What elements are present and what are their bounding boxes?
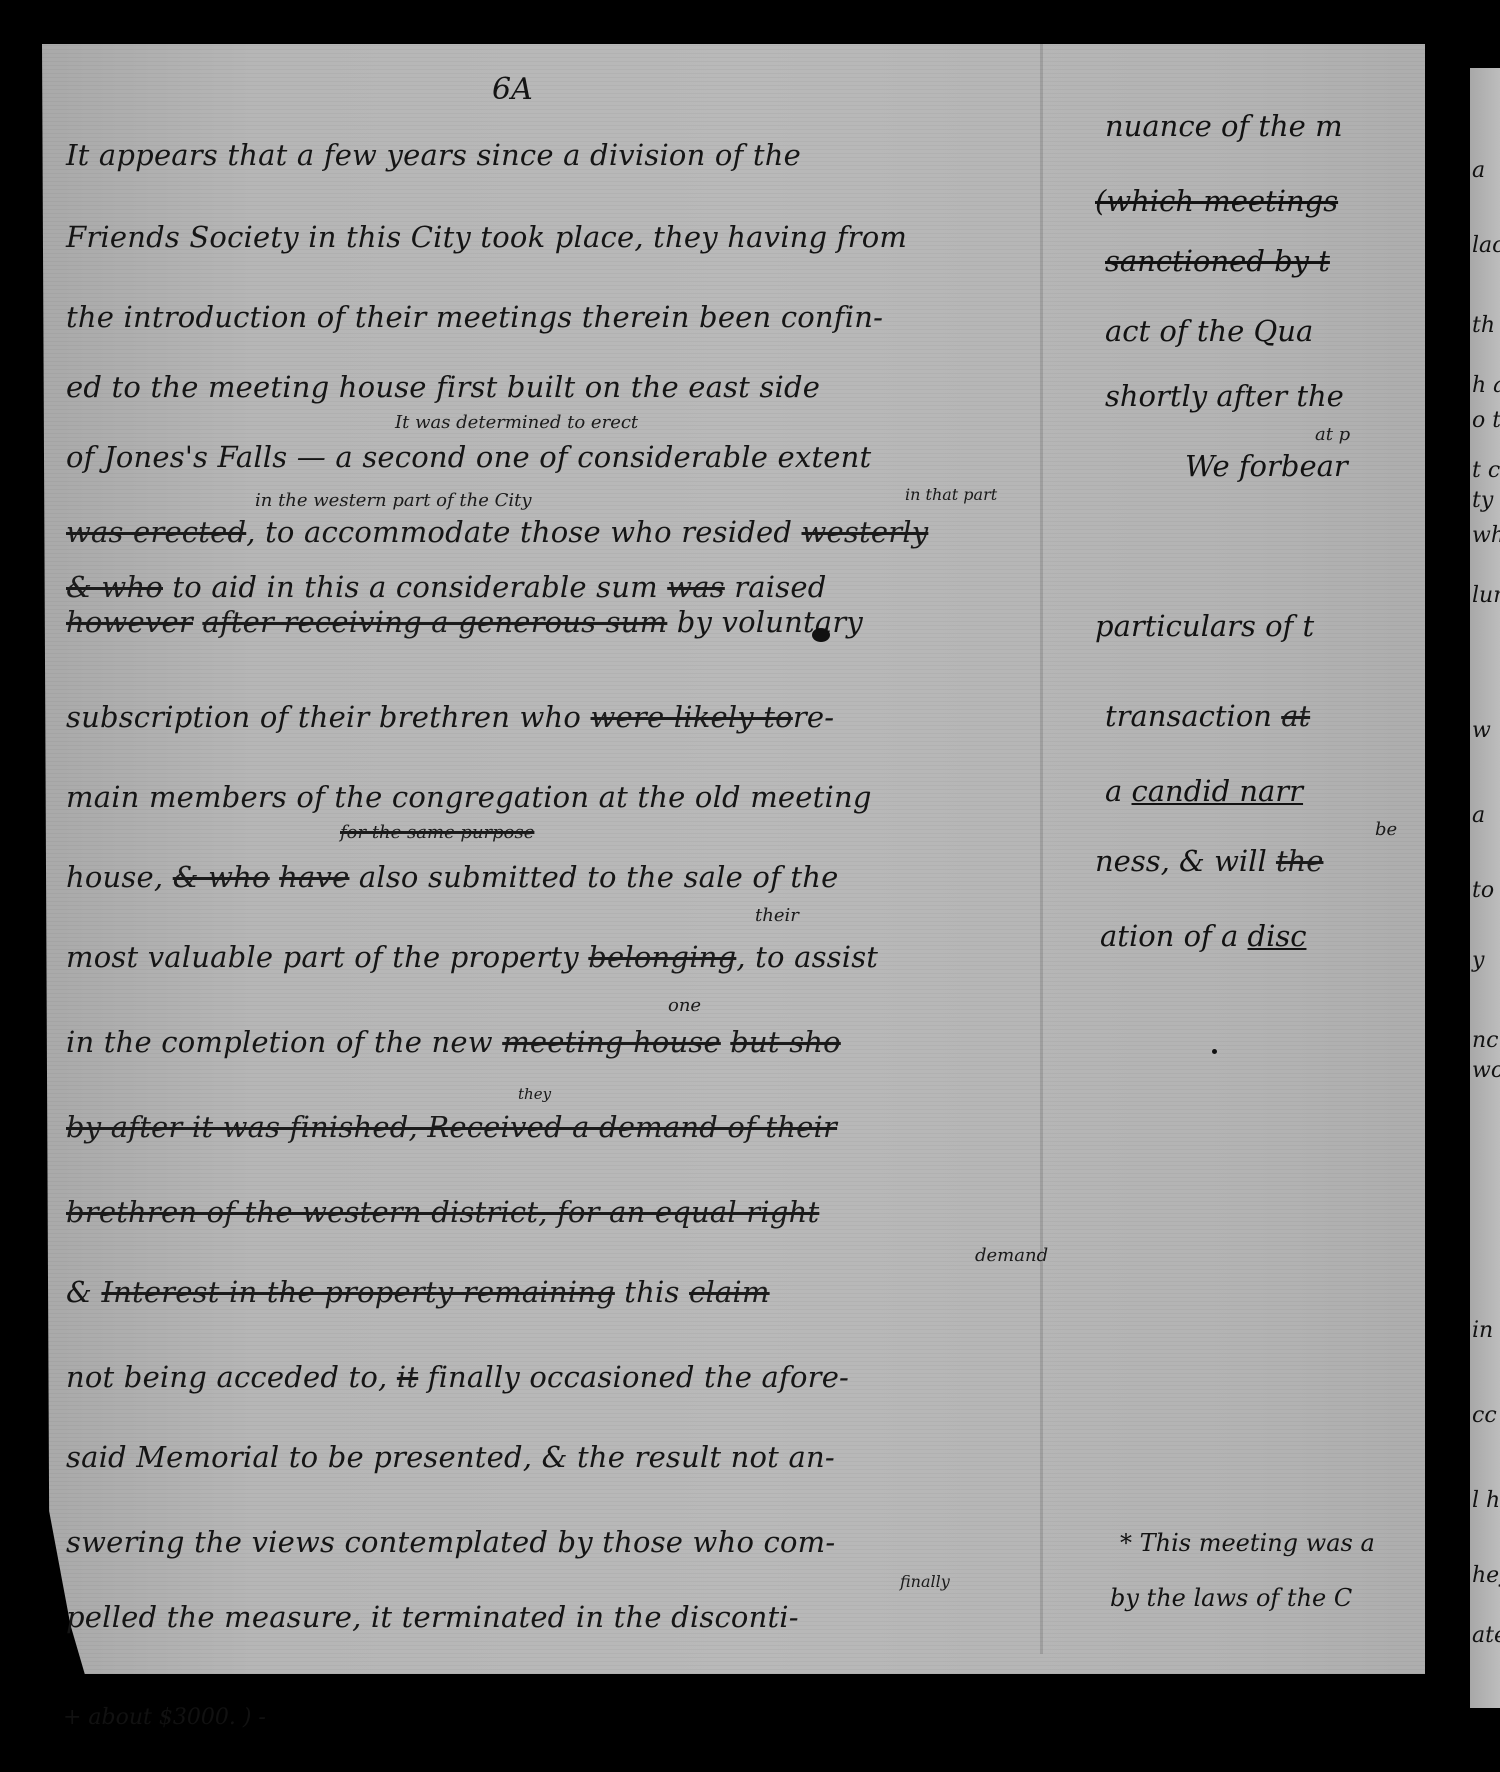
text-fragment: a [1472,158,1485,183]
page-fold-crease [1040,44,1043,1654]
text-fragment: ty [1472,488,1493,513]
text-fragment: l h [1472,1488,1500,1513]
interlinear-insertion: at p [1315,424,1350,445]
text-fragment: wh [1472,523,1500,548]
text-line: pelled the measure, it terminated in the… [66,1600,799,1634]
text-line: said Memorial to be presented, & the res… [66,1440,835,1474]
text-line: & who to aid in this a considerable sum … [66,570,826,604]
text-line: the introduction of their meetings there… [66,300,883,334]
interlinear-insertion: their [755,905,799,926]
text-line: most valuable part of the property belon… [66,940,878,974]
struck-text: have [279,860,349,894]
text-line: however after receiving a generous sum b… [66,605,863,639]
adjacent-page-fragments: a lac th h a o t t co ty wh lun w a to y… [1470,68,1500,1708]
text-line: house, & who have also submitted to the … [66,860,839,894]
footnote: + about $3000. ) - [63,1705,266,1730]
struck-text: but sho [730,1025,841,1059]
footnote-line: * This meeting was a [1120,1529,1375,1557]
text-fragment: h a [1472,373,1500,398]
text-fragment: hey [1472,1563,1500,1588]
text-line: act of the Qua [1105,314,1313,348]
text-fragment: to [1472,878,1494,903]
underlined-text: candid narr [1132,774,1304,808]
struck-text: it [397,1360,418,1394]
text-line: a candid narr [1105,774,1303,808]
text-line: We forbear [1185,449,1348,483]
text-line: It appears that a few years since a divi… [66,138,801,172]
text-line: not being acceded to, it finally occasio… [66,1360,849,1394]
text-line: swering the views contemplated by those … [66,1525,835,1559]
interlinear-insertion: one [668,995,701,1016]
interlinear-insertion: It was determined to erect [395,412,638,433]
text-line: main members of the congregation at the … [66,780,872,814]
text-fragment: t co [1472,458,1500,483]
struck-text: & who [66,570,163,604]
struck-text: Interest in the property remaining [101,1275,614,1309]
right-column: nuance of the m (which meetings sanction… [1090,44,1425,1664]
text-line: ness, & will the [1095,844,1323,878]
struck-text: were likely to [591,700,793,734]
text-fragment: lac [1472,233,1500,258]
text-line: transaction at [1105,699,1310,733]
text-fragment: a [1472,803,1485,828]
interlinear-insertion: demand [975,1245,1048,1266]
text-line: was erected, to accommodate those who re… [66,515,928,549]
footnote-line: by the laws of the C [1110,1584,1352,1612]
interlinear-insertion: in that part [905,485,997,504]
interlinear-struck: for the same purpose [340,822,534,843]
text-fragment: th [1472,313,1495,338]
text-line: of Jones's Falls — a second one of consi… [66,440,871,474]
struck-text: was erected [66,515,246,549]
text-line: nuance of the m [1105,109,1343,143]
text-fragment: y [1472,948,1484,973]
struck-text: however [66,605,193,639]
binding-gutter [1425,0,1470,1772]
struck-text: brethren of the western district, for an… [66,1195,819,1229]
text-line: ation of a disc [1100,919,1306,953]
struck-text: (which meetings [1095,184,1338,218]
interlinear-insertion: they [518,1085,551,1103]
text-line: subscription of their brethren who were … [66,700,834,734]
text-fragment: cc [1472,1403,1497,1428]
struck-text: sanctioned by t [1105,244,1330,278]
interlinear-insertion: in the western part of the City [255,490,532,511]
struck-text: was [667,570,725,604]
struck-text: belonging [588,940,736,974]
struck-text: & who [173,860,270,894]
struck-text: the [1276,844,1324,878]
text-fragment: nc [1472,1028,1499,1053]
text-fragment: wo [1472,1058,1500,1083]
text-line: by after it was finished, Received a dem… [66,1110,837,1144]
struck-text: meeting house [502,1025,721,1059]
ink-dot [1212,1049,1217,1054]
struck-text: after receiving a generous sum [202,605,667,639]
ink-blot [812,628,830,642]
text-fragment: w [1472,718,1491,743]
text-fragment: o t [1472,408,1500,433]
page-number: 6A [492,72,533,107]
struck-text: at [1281,699,1310,733]
text-line: ed to the meeting house first built on t… [66,370,820,404]
struck-text: by after it was finished, Received a dem… [66,1110,837,1144]
interlinear-insertion: finally [900,1572,950,1591]
underlined-text: disc [1248,919,1307,953]
text-fragment: ate [1472,1623,1500,1648]
struck-text: claim [689,1275,770,1309]
text-line: shortly after the [1105,379,1344,413]
text-fragment: in [1472,1318,1493,1343]
text-line: particulars of t [1095,609,1314,643]
text-line: Friends Society in this City took place,… [66,220,907,254]
struck-text: westerly [802,515,929,549]
text-line: brethren of the western district, for an… [66,1195,819,1229]
text-fragment: lun [1472,583,1500,608]
text-line: & Interest in the property remaining thi… [66,1275,770,1309]
text-line: in the completion of the new meeting hou… [66,1025,841,1059]
interlinear-insertion: be [1375,819,1397,840]
